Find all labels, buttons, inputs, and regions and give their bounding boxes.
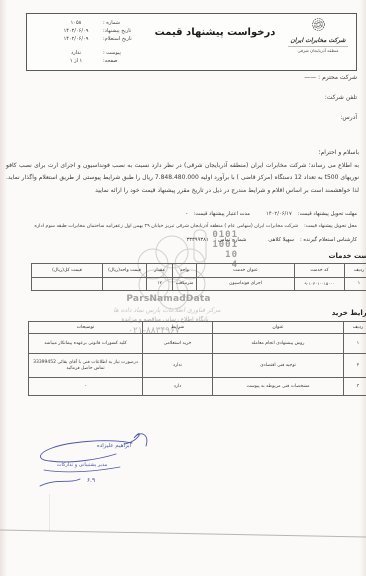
col-condition: شرایط	[143, 322, 213, 334]
document-title: درخواست پیشنهاد قیمت	[145, 27, 285, 38]
header-box: شماره : ۱۰۵۸ تاریخ پیشنهاد: ۱۴۰۲/۰۶/۰۹ ت…	[26, 13, 357, 71]
cell-notes: کلیه کسورات قانونی برعهده پیمانکار میباش…	[29, 334, 143, 354]
company-logo-block: شرکت مخابرات ایران منطقه آذربایجان شرقی	[288, 17, 348, 53]
cell-notes: درصورت نیاز به اطلاعات فنی با آقای بقائی…	[29, 354, 143, 378]
scan-edge-shadow-left	[0, 0, 7, 576]
company-region: منطقه آذربایجان شرقی	[288, 46, 348, 53]
contact-value: ۳۳۳۹۹۳۸۱	[186, 237, 208, 243]
company-logo-icon	[311, 17, 326, 32]
signature-date: ۶.۹	[87, 477, 95, 484]
field-value: ۱۴۰۲/۰۶/۰۹	[49, 27, 103, 35]
col-title: عنوان	[213, 322, 344, 334]
col-service-code: کد خدمت	[295, 264, 345, 278]
signature-title: مدیر پشتیبانی و تدارکات	[57, 462, 108, 468]
col-row-number: ردیف	[344, 322, 366, 334]
scan-edge-line	[0, 524, 366, 544]
col-unit-price: قیمت واحد(ریال)	[103, 264, 147, 278]
deadline-value: ۱۴۰۲/۰۶/۱۷	[266, 211, 292, 217]
header-field-inquiry-date: تاریخ استعلام: ۱۴۰۲/۰۶/۰۹	[35, 35, 153, 43]
terms-row: ۳ مشخصات فنی مربوطه به پیوست دارد -	[29, 378, 366, 396]
col-unit: واحد	[173, 264, 197, 278]
deadline-label: مهلت تحویل پیشنهاد قیمت:	[298, 211, 357, 217]
recipient-phone-line: تلفن شرکت:	[325, 94, 357, 101]
col-total-price: قیمت کل(ریال)	[32, 264, 103, 278]
services-table: ردیف کد خدمت عنوان خدمت واحد مقدار قیمت …	[31, 263, 366, 291]
col-quantity: مقدار	[147, 264, 173, 278]
cell-condition: ندارد	[143, 354, 213, 378]
field-value: ندارد	[49, 49, 103, 57]
cell-unit-price	[103, 278, 147, 291]
header-field-attachment: پیوست : ندارد	[35, 49, 153, 57]
cell-unit: مترمکعب	[173, 278, 197, 291]
terms-row: ۲ توجیه فنی اقتصادی ندارد درصورت نیاز به…	[29, 354, 366, 378]
cell-row-number: ۲	[344, 354, 366, 378]
field-value: ۱۰۵۸	[49, 19, 103, 27]
place-label: محل تحویل پیشنهاد قیمت:	[304, 224, 357, 229]
paragraph-text: به اطلاع می رساند؛ شرکت مخابرات ایران (م…	[6, 162, 359, 194]
cell-title: روش پیشنهادی انجام معامله	[213, 334, 344, 354]
company-name: شرکت مخابرات ایران	[288, 37, 348, 44]
validity-label: مدت اعتبار پیشنهاد قیمت:	[194, 211, 250, 217]
place-value: شرکت مخابرات ایران (سهامی عام ) منطقه آذ…	[34, 224, 298, 229]
cell-row-number: ۱	[345, 278, 366, 291]
cell-title: مشخصات فنی مربوطه به پیوست	[213, 378, 344, 396]
cell-title: توجیه فنی اقتصادی	[213, 354, 344, 378]
cell-service-code: ۹۰۱۰۳۰۱۰۰۱۵۰۰۰	[295, 278, 345, 291]
terms-heading: شرایط خرید	[332, 309, 366, 317]
watermark-line1: مرکز فناوری اطلاعات پارس نماد داده ها	[103, 306, 231, 314]
col-service-title: عنوان خدمت	[197, 264, 295, 278]
field-label: صفحه:	[103, 57, 153, 65]
cell-quantity: ۱۲	[147, 278, 173, 291]
services-heading: لیست خدمات	[328, 252, 366, 260]
watermark-brand: ParsNamadData	[116, 294, 221, 304]
body-paragraph: باسلام و احترام؛ به اطلاع می رساند؛ شرکت…	[6, 147, 359, 197]
signature: ابراهیم علیزاده مدیر پشتیبانی و تدارکات …	[28, 426, 162, 498]
place-line: محل تحویل پیشنهاد قیمت: شرکت مخابرات ایر…	[34, 224, 357, 229]
signature-name: ابراهیم علیزاده	[97, 443, 132, 449]
cell-service-title: اجرای فونداسیون	[197, 278, 295, 291]
field-label: پیوست :	[103, 49, 153, 57]
services-row: ۱ ۹۰۱۰۳۰۱۰۰۱۵۰۰۰ اجرای فونداسیون مترمکعب…	[32, 278, 366, 291]
header-fields: شماره : ۱۰۵۸ تاریخ پیشنهاد: ۱۴۰۲/۰۶/۰۹ ت…	[35, 19, 153, 65]
scanned-document-page: { "header": { "title": "درخواست پیشنهاد …	[0, 0, 366, 576]
header-field-page: صفحه: ۱ از ۱	[35, 57, 153, 65]
deadline-line: مهلت تحویل پیشنهاد قیمت: ۱۴۰۲/۰۶/۱۷ مدت …	[186, 211, 357, 217]
field-value: ۱ از ۱	[49, 57, 103, 65]
validity-value: -	[186, 211, 188, 217]
recipient-address-line: آدرس:	[340, 114, 357, 121]
expert-value: سهیلا کلاهی	[268, 237, 294, 243]
col-row-number: ردیف	[345, 264, 366, 278]
terms-table: ردیف عنوان شرایط توضیحات ۱ روش پیشنهادی …	[28, 321, 366, 396]
salutation: باسلام و احترام؛	[6, 147, 359, 160]
cell-total-price	[32, 278, 103, 291]
expert-line: کارشناس استعلام گیرنده : سهیلا کلاهی شما…	[186, 237, 357, 243]
field-label: شماره :	[103, 19, 153, 27]
recipient-company-line: شرکت محترم : ——	[304, 74, 357, 81]
cell-row-number: ۳	[344, 378, 366, 396]
expert-label: کارشناس استعلام گیرنده :	[300, 237, 357, 243]
cell-row-number: ۱	[344, 334, 366, 354]
cell-notes: -	[29, 378, 143, 396]
field-value: ۱۴۰۲/۰۶/۰۹	[49, 35, 103, 43]
cell-condition: دارد	[143, 378, 213, 396]
col-notes: توضیحات	[29, 322, 143, 334]
header-field-number: شماره : ۱۰۵۸	[35, 19, 153, 27]
terms-row: ۱ روش پیشنهادی انجام معامله خرید استعلام…	[29, 334, 366, 354]
contact-label: شماره تماس :	[215, 237, 247, 243]
cell-condition: خرید استعلامی	[143, 334, 213, 354]
terms-header-row: ردیف عنوان شرایط توضیحات	[29, 322, 366, 334]
header-field-proposal-date: تاریخ پیشنهاد: ۱۴۰۲/۰۶/۰۹	[35, 27, 153, 35]
services-header-row: ردیف کد خدمت عنوان خدمت واحد مقدار قیمت …	[32, 264, 366, 278]
